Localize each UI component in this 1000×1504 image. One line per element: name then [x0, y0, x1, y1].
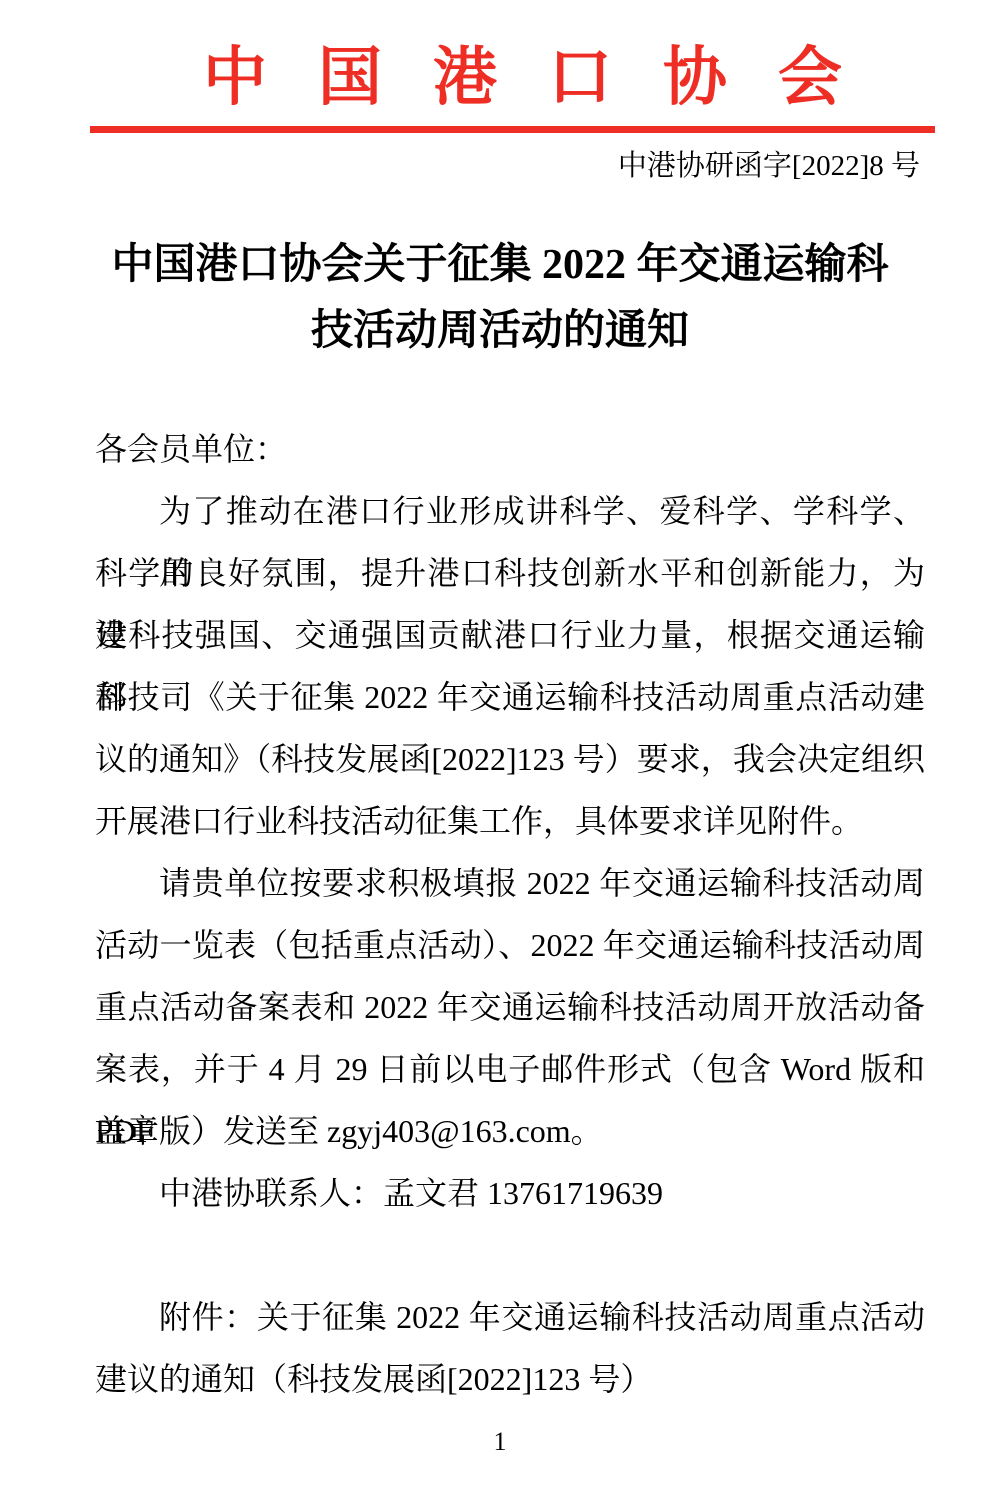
- body-line: 案表，并于 4 月 29 日前以电子邮件形式（包含 Word 版和 PDF: [95, 1038, 925, 1100]
- doc-reference-number: 中港协研函字[2022]8 号: [618, 146, 920, 186]
- document-title: 中国港口协会关于征集 2022 年交通运输科 技活动周活动的通知: [60, 232, 940, 364]
- body-line: 请贵单位按要求积极填报 2022 年交通运输科技活动周: [95, 852, 925, 914]
- contact-line: 中港协联系人：孟文君 13761719639: [95, 1162, 925, 1224]
- org-name-header: 中国港口协会: [0, 26, 1000, 118]
- body-line: 重点活动备案表和 2022 年交通运输科技活动周开放活动备: [95, 976, 925, 1038]
- header-divider-rule: [90, 126, 935, 133]
- body-line: 活动一览表（包括重点活动）、2022 年交通运输科技活动周: [95, 914, 925, 976]
- body-line: 为了推动在港口行业形成讲科学、爱科学、学科学、用: [95, 480, 925, 542]
- body-line: 设科技强国、交通强国贡献港口行业力量，根据交通运输部: [95, 604, 925, 666]
- attachment-line: 附件：关于征集 2022 年交通运输科技活动周重点活动: [95, 1286, 925, 1348]
- document-page: 中国港口协会 中港协研函字[2022]8 号 中国港口协会关于征集 2022 年…: [0, 0, 1000, 1504]
- page-number: 1: [0, 1422, 1000, 1462]
- body-line: 科学的良好氛围，提升港口科技创新水平和创新能力，为建: [95, 542, 925, 604]
- document-title-line: 中国港口协会关于征集 2022 年交通运输科: [60, 232, 940, 298]
- attachment-line: 建议的通知（科技发展函[2022]123 号）: [95, 1348, 925, 1410]
- body-line: 科技司《关于征集 2022 年交通运输科技活动周重点活动建: [95, 666, 925, 728]
- document-title-line: 技活动周活动的通知: [60, 298, 940, 364]
- body-line: 开展港口行业科技活动征集工作，具体要求详见附件。: [95, 790, 925, 852]
- salutation-line: 各会员单位：: [95, 418, 925, 480]
- body-line: 盖章版）发送至 zgyj403@163.com。: [95, 1100, 925, 1162]
- document-body: 各会员单位： 为了推动在港口行业形成讲科学、爱科学、学科学、用 科学的良好氛围，…: [95, 418, 925, 1410]
- body-line: 议的通知》（科技发展函[2022]123 号）要求，我会决定组织: [95, 728, 925, 790]
